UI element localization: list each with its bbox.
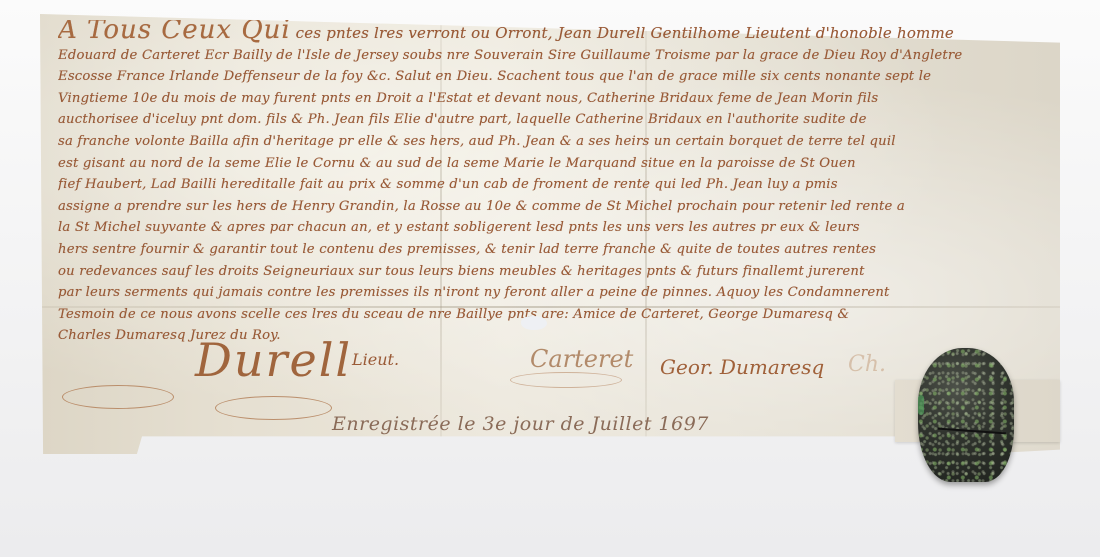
parchment-hole [521, 316, 547, 330]
signature-flourish [510, 372, 622, 388]
signature-dumaresq: Geor. Dumaresq [660, 355, 824, 379]
deed-line-12: ou redevances sauf les droits Seigneuria… [58, 261, 1043, 283]
deed-line-3: Escosse France Irlande Deffenseur de la … [58, 66, 1043, 88]
opening-words: A Tous Ceux Qui [58, 20, 291, 45]
wax-seal [918, 348, 1014, 482]
deed-line-2: Edouard de Carteret Ecr Bailly de l'Isle… [58, 45, 1043, 67]
deed-body-text: A Tous Ceux Qui ces pntes lres verront o… [58, 20, 1043, 347]
signature-faint: Ch. [848, 352, 886, 377]
deed-line-8: fief Haubert, Lad Bailli hereditalle fai… [58, 174, 1043, 196]
signature-flourish [62, 385, 174, 409]
signature-title-lieut: Lieut. [352, 350, 399, 369]
signature-carteret: Carteret [530, 345, 633, 373]
deed-line-11: hers sentre fournir & garantir tout le c… [58, 239, 1043, 261]
deed-line-1: A Tous Ceux Qui ces pntes lres verront o… [58, 20, 1043, 45]
deed-line-5: aucthorisee d'iceluy pnt dom. fils & Ph.… [58, 109, 1043, 131]
deed-line-10: la St Michel suyvante & apres par chacun… [58, 217, 1043, 239]
registration-note: Enregistrée le 3e jour de Juillet 1697 [332, 413, 709, 435]
deed-line-text: ces pntes lres verront ou Orront, Jean D… [296, 24, 954, 42]
signature-flourish [215, 396, 332, 420]
scan-background: A Tous Ceux Qui ces pntes lres verront o… [0, 0, 1100, 557]
deed-line-14: Tesmoin de ce nous avons scelle ces lres… [58, 304, 1043, 326]
deed-line-4: Vingtieme 10e du mois de may furent pnts… [58, 88, 1043, 110]
deed-line-13: par leurs serments qui jamais contre les… [58, 282, 1043, 304]
deed-line-9: assigne a prendre sur les hers de Henry … [58, 196, 1043, 218]
seal-corrosion [918, 395, 924, 415]
signature-durell: Durell [195, 333, 352, 387]
deed-line-7: est gisant au nord de la seme Elie le Co… [58, 153, 1043, 175]
deed-line-6: sa franche volonte Bailla afin d'heritag… [58, 131, 1043, 153]
